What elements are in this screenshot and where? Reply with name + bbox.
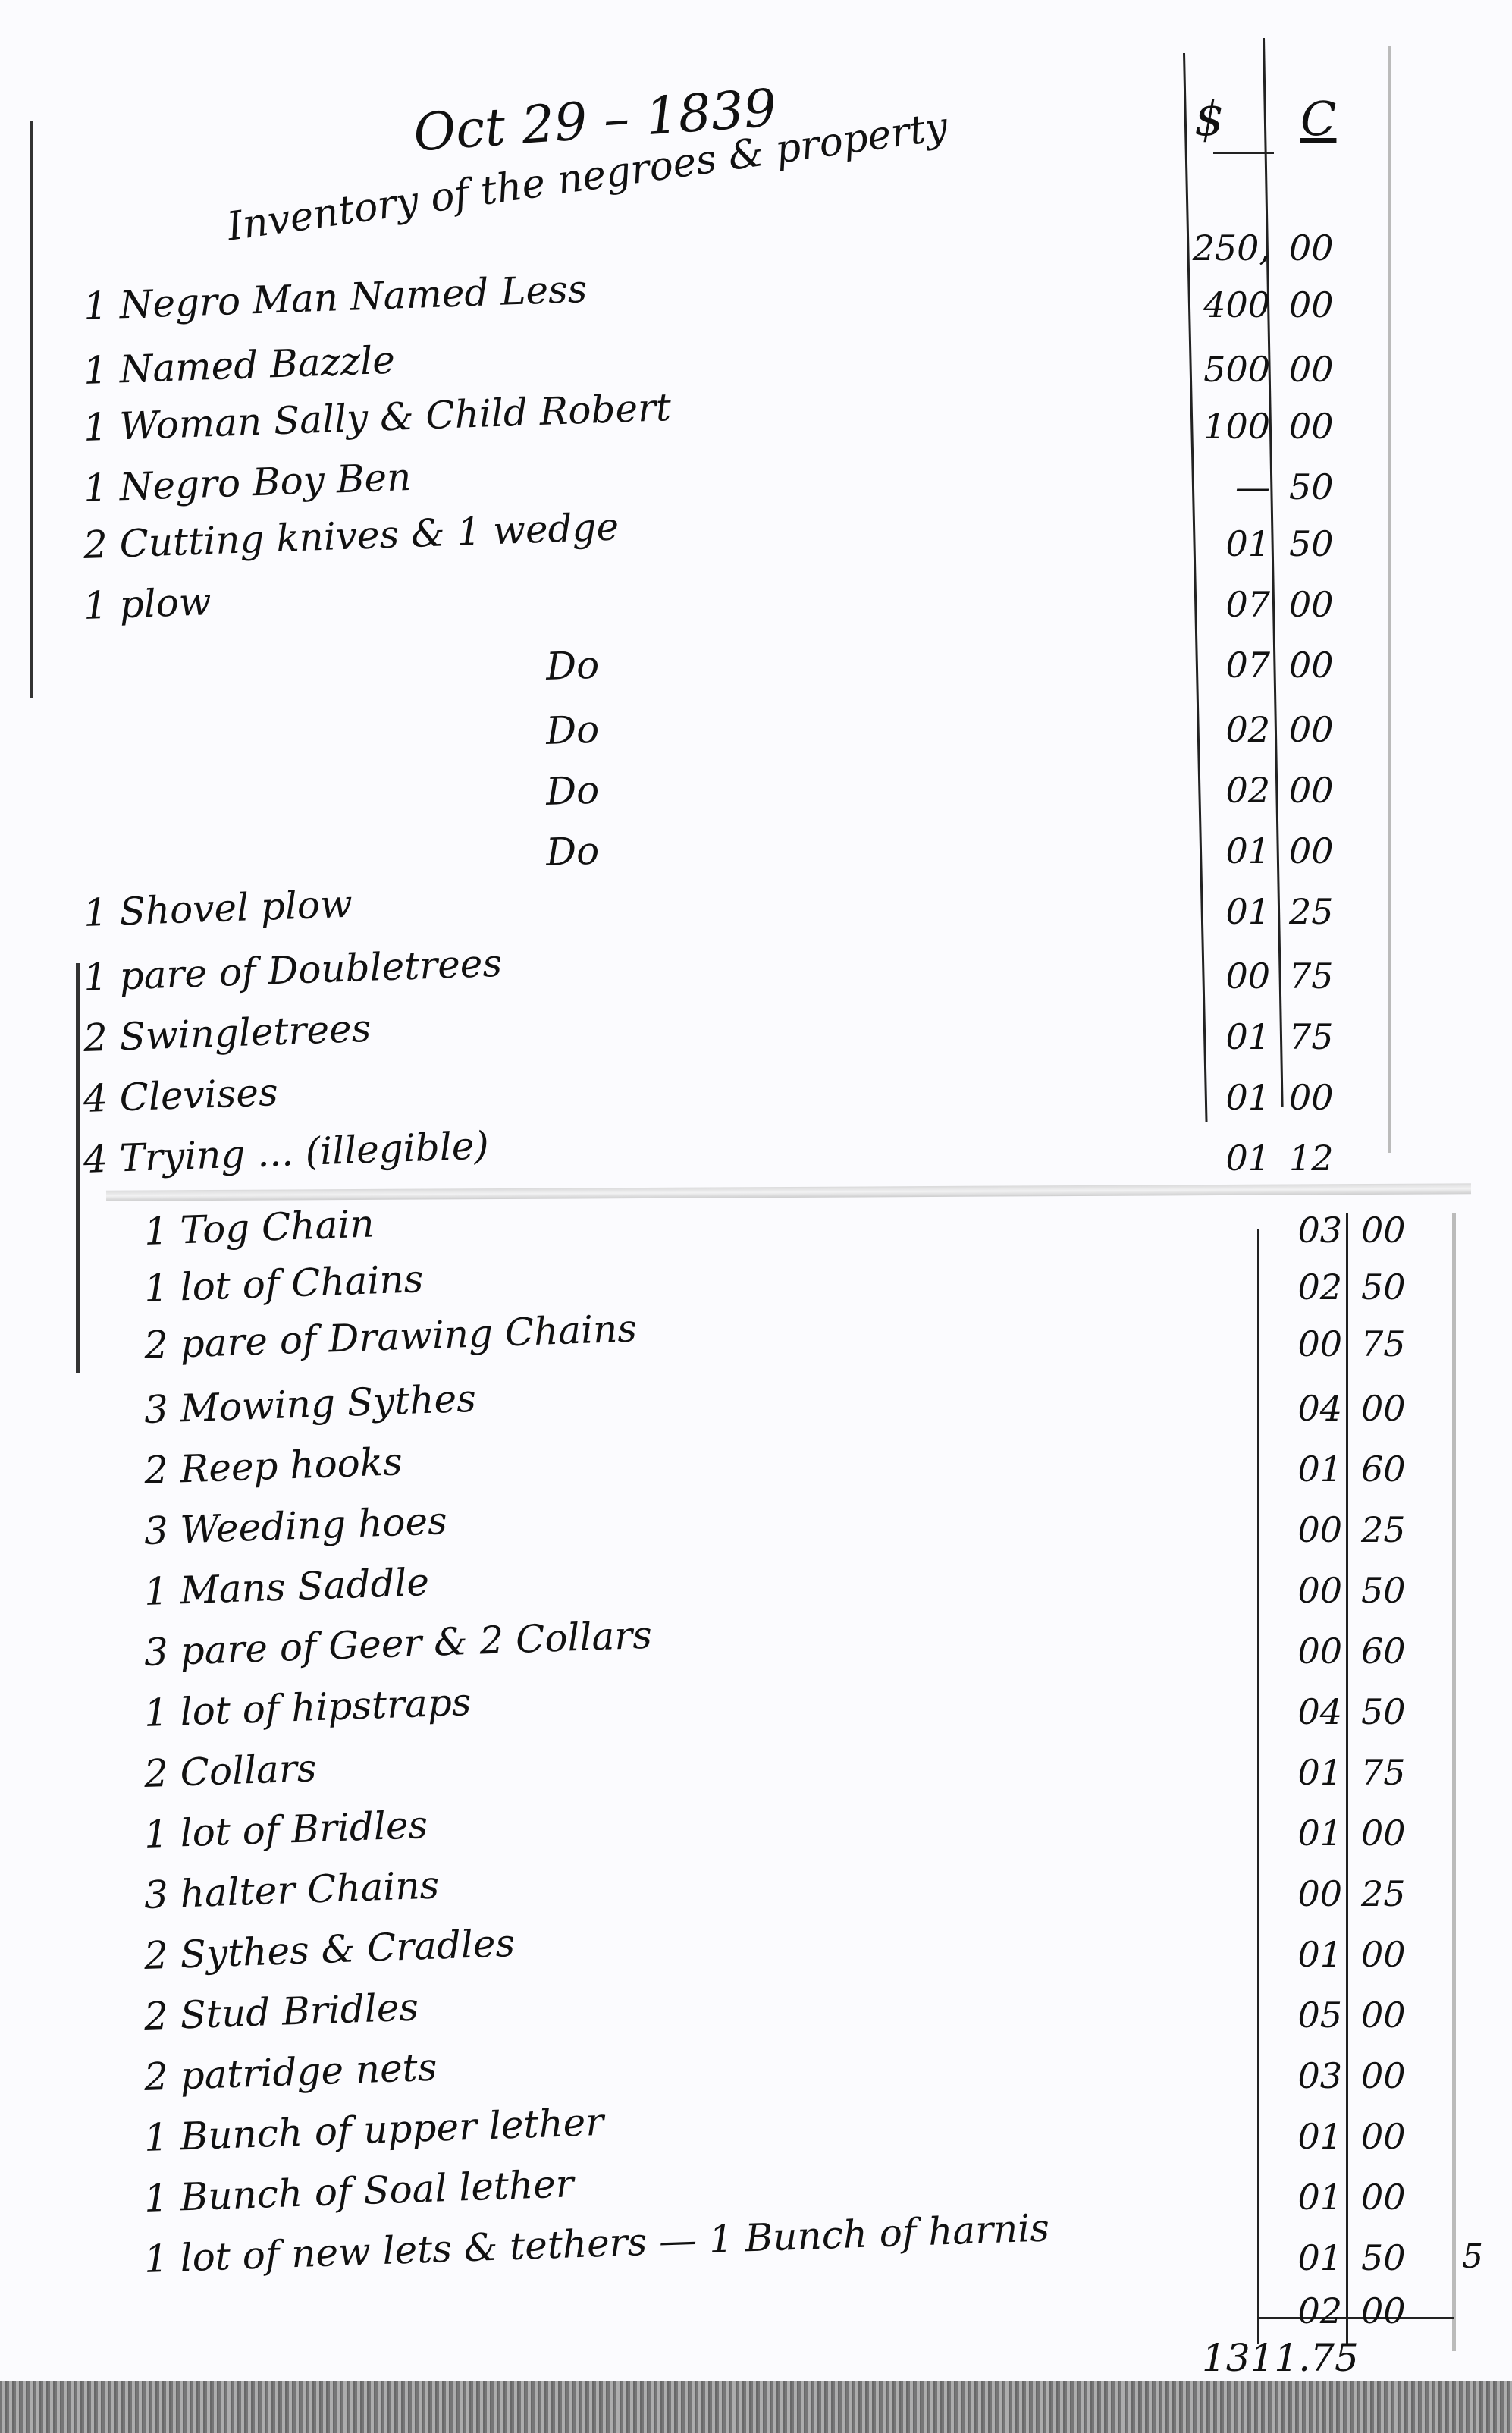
item-dollars: 100 — [1179, 406, 1270, 447]
inventory-row: 1 Negro Boy Ben—50 — [0, 466, 1512, 521]
item-dollars: 00 — [1179, 956, 1270, 997]
inventory-row: 2 patridge nets0300 — [0, 2055, 1512, 2110]
item-description: 1 plow — [83, 579, 212, 628]
item-dollars: 04 — [1251, 1388, 1342, 1429]
item-cents: 75 — [1361, 1323, 1452, 1364]
item-cents: 00 — [1361, 2177, 1452, 2218]
item-dollars: 00 — [1251, 1873, 1342, 1914]
item-cents: 00 — [1289, 645, 1380, 686]
item-dollars: 03 — [1251, 1210, 1342, 1251]
inventory-row: 1 Tog Chain0300 — [0, 1210, 1512, 1264]
item-description: 2 Stud Bridles — [143, 1985, 419, 2039]
inventory-row: 1 plow0700 — [0, 584, 1512, 639]
item-cents: 00 — [1361, 1995, 1452, 2036]
item-description: 1 lot of Chains — [143, 1257, 424, 1311]
inventory-row: 250,00 — [0, 228, 1512, 282]
inventory-row: 3 Weeding hoes0025 — [0, 1509, 1512, 1564]
item-cents: 50 — [1361, 1570, 1452, 1611]
item-dollars: 01 — [1251, 1813, 1342, 1854]
item-dollars: 01 — [1251, 1449, 1342, 1490]
item-dollars: 00 — [1251, 1509, 1342, 1550]
item-dollars: 01 — [1179, 1016, 1270, 1057]
total-dollars: 1311 — [1202, 2336, 1298, 2380]
item-dollars: 02 — [1251, 2290, 1342, 2331]
inventory-row: 2 pare of Drawing Chains0075 — [0, 1323, 1512, 1378]
inventory-row: 1 Shovel plow0125 — [0, 891, 1512, 946]
item-cents: 00 — [1289, 584, 1380, 625]
item-cents: 00 — [1289, 709, 1380, 750]
item-description: 1 Tog Chain — [143, 1201, 375, 1254]
item-cents: 75 — [1289, 956, 1380, 997]
inventory-row: 1 lot of new lets & tethers — 1 Bunch of… — [0, 2237, 1512, 2292]
item-cents: 00 — [1361, 1210, 1452, 1251]
item-dollars: 00 — [1251, 1631, 1342, 1672]
inventory-row: 2 Collars0175 — [0, 1752, 1512, 1807]
item-dollars: 01 — [1251, 2237, 1342, 2278]
inventory-row: 2 Reep hooks0160 — [0, 1449, 1512, 1503]
inventory-row: 3 Mowing Sythes0400 — [0, 1388, 1512, 1443]
item-dollars: 04 — [1251, 1691, 1342, 1732]
inventory-row: Do0200 — [0, 770, 1512, 824]
item-cents: 00 — [1289, 228, 1380, 268]
item-description: 2 Swingletrees — [83, 1006, 372, 1060]
item-dollars: 250, — [1179, 228, 1270, 268]
item-dollars: 00 — [1251, 1570, 1342, 1611]
item-cents: 00 — [1361, 2290, 1452, 2331]
item-dollars: 01 — [1251, 1934, 1342, 1975]
item-cents: 50 — [1361, 2237, 1452, 2278]
item-cents: 00 — [1289, 284, 1380, 325]
item-cents: 00 — [1361, 1813, 1452, 1854]
item-cents: 12 — [1289, 1138, 1380, 1179]
item-description: 2 Reep hooks — [143, 1439, 403, 1493]
item-dollars: 01 — [1251, 2177, 1342, 2218]
inventory-row: 1 Mans Saddle0050 — [0, 1570, 1512, 1625]
item-description: 1 pare of Doubletrees — [83, 941, 503, 1000]
inventory-row: 1 lot of Chains0250 — [0, 1267, 1512, 1321]
item-dollars: 02 — [1251, 1267, 1342, 1308]
inventory-row: Do0100 — [0, 830, 1512, 885]
item-description: 2 Collars — [143, 1746, 317, 1796]
inventory-row: 1 pare of Doubletrees0075 — [0, 956, 1512, 1010]
item-description: 3 Mowing Sythes — [143, 1377, 477, 1432]
item-description: 4 Clevises — [83, 1070, 279, 1121]
item-description: 2 Sythes & Cradles — [143, 1921, 516, 1978]
item-dollars: 01 — [1179, 1077, 1270, 1118]
item-description: 1 Negro Boy Ben — [83, 455, 412, 510]
item-cents: 00 — [1361, 2055, 1452, 2096]
inventory-row: 2 Cutting knives & 1 wedge0150 — [0, 523, 1512, 578]
item-dollars: 07 — [1179, 584, 1270, 625]
item-description: 2 patridge nets — [143, 2045, 438, 2099]
item-dollars: 05 — [1251, 1995, 1342, 2036]
item-cents: 00 — [1289, 1077, 1380, 1118]
total-cents: 75 — [1310, 2336, 1359, 2380]
inventory-row: 1 lot of Bridles0100 — [0, 1813, 1512, 1867]
inventory-row: 1 Bunch of upper lether0100 — [0, 2116, 1512, 2171]
margin-mark: 5 — [1462, 2237, 1483, 2276]
item-cents: 60 — [1361, 1449, 1452, 1490]
inventory-row: Do0700 — [0, 645, 1512, 699]
item-dollars: 01 — [1179, 891, 1270, 932]
inventory-row: Do0200 — [0, 709, 1512, 764]
item-description: Do — [545, 708, 600, 753]
inventory-row: 2 Stud Bridles0500 — [0, 1995, 1512, 2049]
scan-edge-shadow — [0, 2381, 1512, 2433]
item-dollars: 01 — [1251, 1752, 1342, 1793]
item-dollars: 02 — [1179, 770, 1270, 811]
item-cents: 75 — [1289, 1016, 1380, 1057]
item-cents: 00 — [1361, 1388, 1452, 1429]
item-dollars: 01 — [1179, 830, 1270, 871]
item-cents: 50 — [1289, 466, 1380, 507]
item-cents: 50 — [1361, 1267, 1452, 1308]
item-cents: 60 — [1361, 1631, 1452, 1672]
item-cents: 25 — [1361, 1509, 1452, 1550]
item-dollars: 02 — [1179, 709, 1270, 750]
inventory-row: 2 Swingletrees0175 — [0, 1016, 1512, 1071]
item-description: Do — [545, 829, 600, 874]
inventory-row: 3 halter Chains0025 — [0, 1873, 1512, 1928]
item-description: 1 lot of hipstraps — [143, 1680, 472, 1735]
item-cents: 00 — [1361, 1934, 1452, 1975]
scanned-document-page: Oct 29 – 1839 Inventory of the negroes &… — [0, 0, 1512, 2433]
item-cents: 00 — [1289, 349, 1380, 390]
item-dollars: 01 — [1179, 1138, 1270, 1179]
item-description: Do — [545, 768, 600, 814]
item-dollars: 03 — [1251, 2055, 1342, 2096]
cents-column-header: C — [1300, 91, 1336, 146]
item-dollars: 01 — [1251, 2116, 1342, 2157]
inventory-row: 2 Sythes & Cradles0100 — [0, 1934, 1512, 1989]
inventory-row: 3 pare of Geer & 2 Collars0060 — [0, 1631, 1512, 1685]
item-dollars: — — [1179, 466, 1270, 507]
item-description: Do — [545, 643, 600, 689]
item-description: 1 Named Bazzle — [83, 338, 396, 393]
item-description: 1 Mans Saddle — [143, 1560, 430, 1614]
item-dollars: 07 — [1179, 645, 1270, 686]
inventory-row: 4 Trying ... (illegible)0112 — [0, 1138, 1512, 1192]
item-description: 3 Weeding hoes — [143, 1499, 448, 1553]
item-description: 3 halter Chains — [143, 1863, 440, 1917]
item-cents: 00 — [1289, 770, 1380, 811]
grand-total: 1311.75 — [1202, 2336, 1359, 2380]
inventory-row: 1 Woman Sally & Child Robert10000 — [0, 406, 1512, 460]
item-cents: 00 — [1361, 2116, 1452, 2157]
item-cents: 00 — [1289, 406, 1380, 447]
item-cents: 75 — [1361, 1752, 1452, 1793]
item-dollars: 400 — [1179, 284, 1270, 325]
dollars-column-header: $ — [1194, 91, 1224, 146]
item-cents: 00 — [1289, 830, 1380, 871]
item-cents: 25 — [1289, 891, 1380, 932]
item-cents: 50 — [1361, 1691, 1452, 1732]
item-description: 4 Trying ... (illegible) — [83, 1123, 490, 1182]
inventory-row: 4 Clevises0100 — [0, 1077, 1512, 1132]
inventory-row: 1 Negro Man Named Less40000 — [0, 284, 1512, 339]
item-dollars: 500 — [1179, 349, 1270, 390]
item-description: 1 lot of Bridles — [143, 1803, 428, 1857]
inventory-row: 1 Named Bazzle50000 — [0, 349, 1512, 403]
item-cents: 50 — [1289, 523, 1380, 564]
item-dollars: 01 — [1179, 523, 1270, 564]
item-dollars: 00 — [1251, 1323, 1342, 1364]
inventory-row: 1 lot of hipstraps0450 — [0, 1691, 1512, 1746]
item-cents: 25 — [1361, 1873, 1452, 1914]
item-description: 1 Shovel plow — [83, 882, 353, 935]
